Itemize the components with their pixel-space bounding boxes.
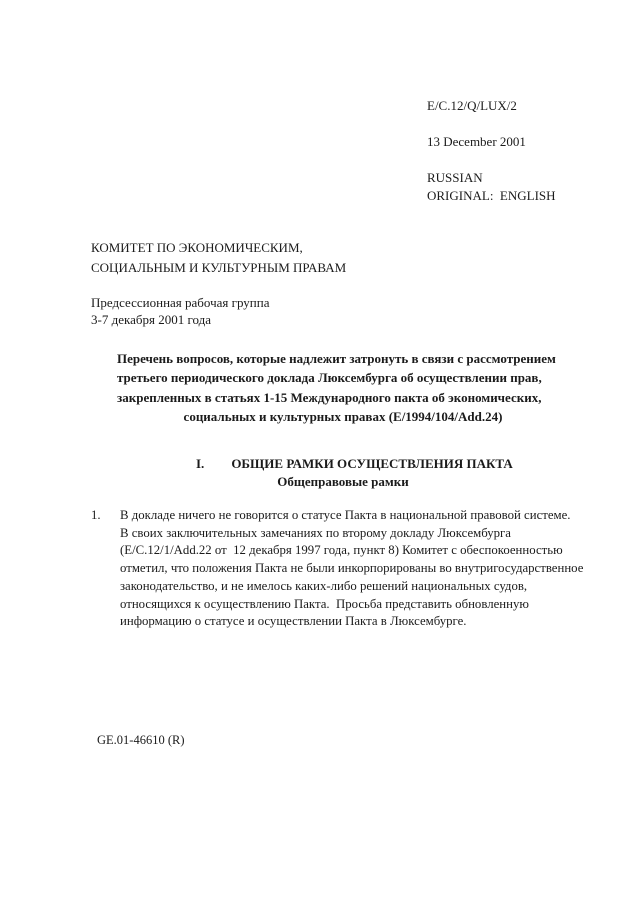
doc-date: 13 December 2001 xyxy=(427,133,556,151)
document-title: Перечень вопросов, которые надлежит затр… xyxy=(117,349,569,426)
paragraph-1-line-6: относящихся к осуществлению Пакта. Прось… xyxy=(120,596,611,614)
doc-reference-footer: GE.01-46610 (R) xyxy=(97,733,185,748)
working-group-name: Предсессионная рабочая группа xyxy=(91,294,269,311)
doc-language: RUSSIAN xyxy=(427,169,556,187)
paragraph-1-line-7: информацию о статусе и осуществлении Пак… xyxy=(120,613,611,631)
subsection-heading: Общеправовые рамки xyxy=(117,474,569,490)
paragraph-1-line-5: законодательство, и не имелось каких-либ… xyxy=(120,578,611,596)
document-title-line-3: закрепленных в статьях 1-15 Международно… xyxy=(117,388,569,407)
section-title: ОБЩИЕ РАМКИ ОСУЩЕСТВЛЕНИЯ ПАКТА xyxy=(231,456,513,471)
committee-name-line-2: СОЦИАЛЬНЫМ И КУЛЬТУРНЫМ ПРАВАМ xyxy=(91,258,346,278)
doc-original-language: ORIGINAL: ENGLISH xyxy=(427,187,556,205)
document-title-line-1: Перечень вопросов, которые надлежит затр… xyxy=(117,349,569,368)
document-title-line-2: третьего периодического доклада Люксембу… xyxy=(117,368,569,387)
document-page: E/C.12/Q/LUX/2 13 December 2001 RUSSIAN … xyxy=(0,0,640,905)
session-dates: 3-7 декабря 2001 года xyxy=(91,311,269,328)
doc-header-block: E/C.12/Q/LUX/2 13 December 2001 RUSSIAN … xyxy=(427,97,556,205)
paragraph-1-line-4: отметил, что положения Пакта не были инк… xyxy=(120,560,611,578)
paragraph-1-line-1: В докладе ничего не говорится о статусе … xyxy=(120,507,611,525)
committee-name-line-1: КОМИТЕТ ПО ЭКОНОМИЧЕСКИМ, xyxy=(91,238,346,258)
paragraph-1-line-3: (E/C.12/1/Add.22 от 12 декабря 1997 года… xyxy=(120,542,611,560)
committee-name: КОМИТЕТ ПО ЭКОНОМИЧЕСКИМ, СОЦИАЛЬНЫМ И К… xyxy=(91,238,346,278)
paragraph-1-number: 1. xyxy=(91,507,101,525)
document-title-line-4: социальных и культурных правах (E/1994/1… xyxy=(117,407,569,426)
paragraph-1-text: В докладе ничего не говорится о статусе … xyxy=(120,507,611,631)
paragraph-1: 1. В докладе ничего не говорится о стату… xyxy=(91,507,611,631)
doc-symbol: E/C.12/Q/LUX/2 xyxy=(427,97,556,115)
paragraph-1-line-2: В своих заключительных замечаниях по вто… xyxy=(120,525,611,543)
working-group-block: Предсессионная рабочая группа 3-7 декабр… xyxy=(91,294,269,328)
section-number: I. xyxy=(196,456,204,471)
